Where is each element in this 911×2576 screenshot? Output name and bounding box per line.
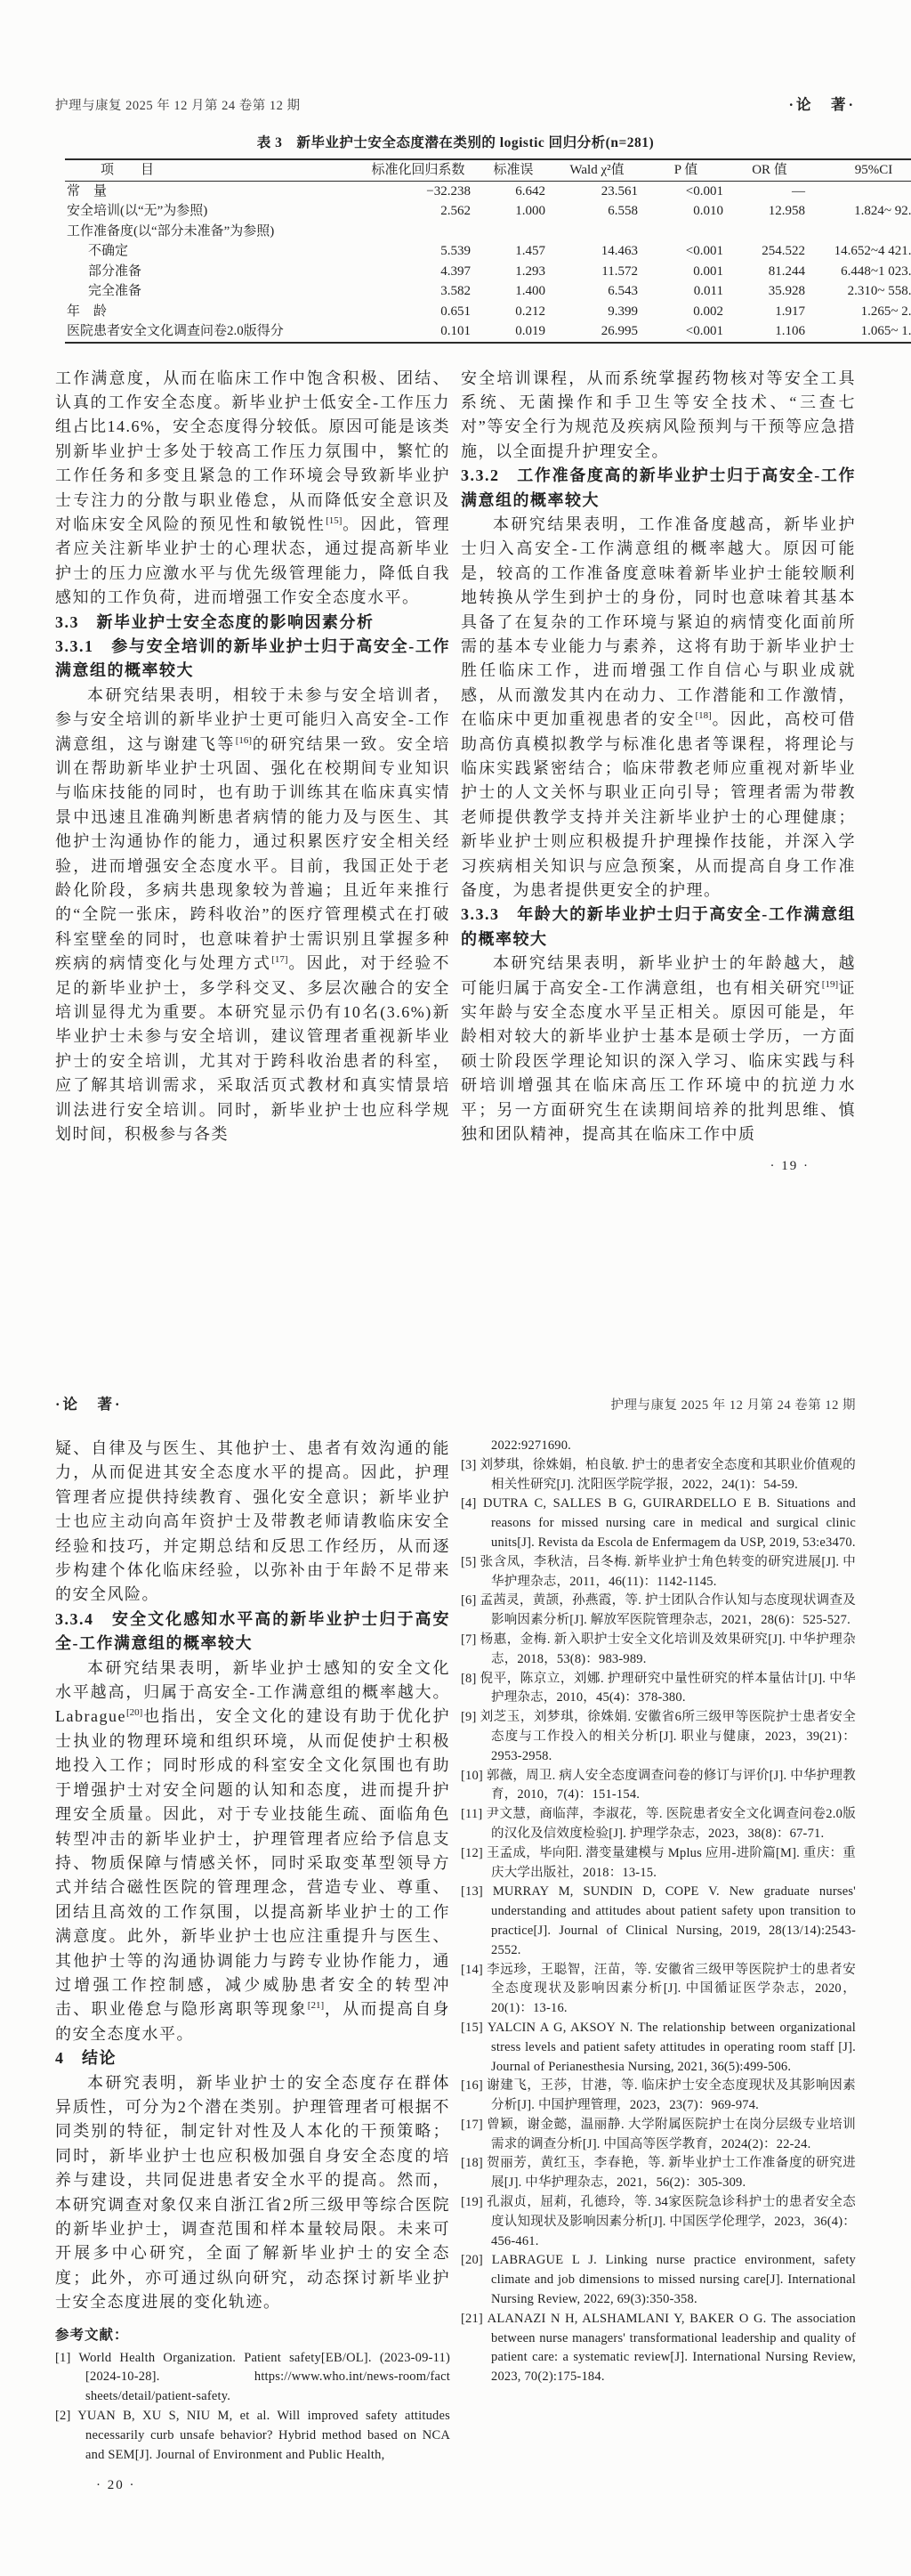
citation-marker: [21] <box>308 2000 324 2011</box>
table-cell: 81.244 <box>729 262 810 282</box>
table-col-header: 标准化回归系数 <box>360 159 476 181</box>
paragraph: 疑、自律及与医生、其他护士、患者有效沟通的能力，从而促进其安全态度水平的提高。因… <box>55 1437 450 1608</box>
table-cell: 0.010 <box>643 201 729 222</box>
table-cell: 254.522 <box>729 241 810 262</box>
table-cell: 35.928 <box>729 281 810 302</box>
table-row: 安全培训(以“无”为参照)2.5621.0006.5580.01012.9581… <box>65 201 911 222</box>
page-number: · 19 · <box>461 1154 856 1179</box>
references-heading: 参考文献： <box>55 2322 450 2349</box>
column-label: ·论 著· <box>788 93 856 114</box>
table-cell: 9.399 <box>551 302 643 322</box>
table-cell: 11.572 <box>551 262 643 282</box>
reference-item: [20] LABRAGUE L J. Linking nurse practic… <box>461 2251 856 2309</box>
table-cell: 12.958 <box>729 201 810 222</box>
table-cell: 23.561 <box>551 181 643 201</box>
paragraph: 安全培训课程，从而系统掌握药物核对等安全工具系统、无菌操作和手卫生等安全技术、“… <box>461 367 856 465</box>
table3-caption: 表 3 新毕业护士安全态度潜在类别的 logistic 回归分析(n=281) <box>55 132 856 151</box>
paragraph: 本研究结果表明，新毕业护士的年龄越大，越可能归属于高安全-工作满意组，也有相关研… <box>461 952 856 1146</box>
reference-item: [18] 贺丽芳，黄红玉，李春艳，等. 新毕业护士工作准备度的研究进展[J]. … <box>461 2154 856 2193</box>
table-cell <box>729 222 810 242</box>
table-cell: 1.000 <box>476 201 551 222</box>
table-row: 医院患者安全文化调查问卷2.0版得分0.1010.01926.995<0.001… <box>65 321 911 343</box>
reference-item: [19] 孔淑贞，屈莉，孔德玲，等. 34家医院急诊科护士的患者安全态度认知现状… <box>461 2193 856 2251</box>
reference-item: [15] YALCIN A G, AKSOY N. The relationsh… <box>461 2019 856 2077</box>
table-cell: −32.238 <box>360 181 476 201</box>
reference-item: [21] ALANAZI N H, ALSHAMLANI Y, BAKER O … <box>461 2310 856 2387</box>
table-cell: 6.543 <box>551 281 643 302</box>
journal-masthead: 护理与康复 2025 年 12 月第 24 卷第 12 期 <box>611 1395 857 1414</box>
row-label: 部分准备 <box>65 262 360 282</box>
table-cell: 0.212 <box>476 302 551 322</box>
citation-marker: [20] <box>126 1707 142 1718</box>
table-cell: 6.558 <box>551 201 643 222</box>
table-cell: <0.001 <box>643 241 729 262</box>
table-cell: 5.539 <box>360 241 476 262</box>
table-col-header: 95%CI <box>810 159 911 181</box>
reference-item: [5] 张含凤，李秋洁，吕冬梅. 新毕业护士角色转变的研究进展[J]. 中华护理… <box>461 1553 856 1592</box>
section-heading: 3.3.3 年龄大的新毕业护士归于高安全-工作满意组的概率较大 <box>461 903 856 952</box>
page1-right-column: 安全培训课程，从而系统掌握药物核对等安全工具系统、无菌操作和手卫生等安全技术、“… <box>461 367 856 1179</box>
table-row: 常 量−32.2386.64223.561<0.001—— <box>65 181 911 201</box>
reference-item: [1] World Health Organization. Patient s… <box>55 2349 450 2407</box>
reference-item: [17] 曾颖，谢金懿，温丽静. 大学附属医院护士在岗分层级专业培训需求的调查分… <box>461 2116 856 2155</box>
row-label: 工作准备度(以“部分未准备”为参照) <box>65 222 360 242</box>
citation-marker: [18] <box>696 710 712 721</box>
table-col-header: 标准误 <box>476 159 551 181</box>
row-label: 常 量 <box>65 181 360 201</box>
table-cell: 14.652~4 421.223 <box>810 241 911 262</box>
section-heading: 3.3.1 参与安全培训的新毕业护士归于高安全-工作满意组的概率较大 <box>55 635 450 684</box>
table-cell: 1.824~ 92.053 <box>810 201 911 222</box>
paragraph: 本研究结果表明，相较于未参与安全培训者，参与安全培训的新毕业护士更可能归入高安全… <box>55 684 450 1147</box>
reference-item: [9] 刘芝玉，刘梦琪，徐姝娟. 安徽省6所三级甲等医院护士患者安全态度与工作投… <box>461 1708 856 1766</box>
section-heading: 4 结论 <box>55 2046 450 2070</box>
table-row: 年 龄0.6510.2129.3990.0021.9171.265~ 2.905 <box>65 302 911 322</box>
section-heading: 3.3.2 工作准备度高的新毕业护士归于高安全-工作满意组的概率较大 <box>461 464 856 513</box>
table-cell: 0.011 <box>643 281 729 302</box>
table-cell <box>360 222 476 242</box>
paragraph: 本研究表明，新毕业护士的安全态度存在群体异质性，可分为2个潜在类别。护理管理者可… <box>55 2071 450 2315</box>
page2-body: 疑、自律及与医生、其他护士、患者有效沟通的能力，从而促进其安全态度水平的提高。因… <box>55 1437 856 2499</box>
table-row: 完全准备3.5821.4006.5430.01135.9282.310~ 558… <box>65 281 911 302</box>
reference-item: [6] 孟茜灵，黄颉，孙燕霞，等. 护士团队合作认知与态度现状调查及影响因素分析… <box>461 1592 856 1631</box>
table-col-header: Wald χ²值 <box>551 159 643 181</box>
paragraph: 本研究结果表明，工作准备度越高，新毕业护士归入高安全-工作满意组的概率越大。原因… <box>461 513 856 903</box>
column-label: ·论 著· <box>55 1392 123 1414</box>
table-cell: — <box>810 181 911 201</box>
table-cell: 6.448~1 023.586 <box>810 262 911 282</box>
reference-item: [11] 尹文慧，商临萍，李淑花，等. 医院患者安全文化调查问卷2.0版的汉化及… <box>461 1805 856 1844</box>
page1-header: 护理与康复 2025 年 12 月第 24 卷第 12 期 ·论 著· <box>55 0 856 114</box>
table-col-header: P 值 <box>643 159 729 181</box>
citation-marker: [17] <box>271 954 287 965</box>
table-cell: 14.463 <box>551 241 643 262</box>
row-label: 医院患者安全文化调查问卷2.0版得分 <box>65 321 360 343</box>
table-cell: 1.293 <box>476 262 551 282</box>
page-number: · 20 · <box>55 2474 450 2498</box>
table-cell: 0.101 <box>360 321 476 343</box>
table-cell: 1.065~ 1.149 <box>810 321 911 343</box>
reference-item: 2022:9271690. <box>461 1437 856 1456</box>
page2-right-column: 2022:9271690.[3] 刘梦琪，徐姝娟，柏良敏. 护士的患者安全态度和… <box>461 1437 856 2499</box>
table-cell: 3.582 <box>360 281 476 302</box>
table-cell: — <box>729 181 810 201</box>
table-cell <box>476 222 551 242</box>
page2-header: ·论 著· 护理与康复 2025 年 12 月第 24 卷第 12 期 <box>55 1300 856 1414</box>
reference-item: [12] 王孟成，毕向阳. 潜变量建模与 Mplus 应用-进阶篇[M]. 重庆… <box>461 1844 856 1883</box>
table-row: 部分准备4.3971.29311.5720.00181.2446.448~1 0… <box>65 262 911 282</box>
reference-item: [7] 杨惠，金梅. 新入职护士安全文化培训及效果研究[J]. 中华护理杂志，2… <box>461 1631 856 1670</box>
journal-masthead: 护理与康复 2025 年 12 月第 24 卷第 12 期 <box>55 95 301 114</box>
journal-page-19: 护理与康复 2025 年 12 月第 24 卷第 12 期 ·论 著· 表 3 … <box>0 0 911 1300</box>
table-row: 不确定5.5391.45714.463<0.001254.52214.652~4… <box>65 241 911 262</box>
table-cell: 4.397 <box>360 262 476 282</box>
reference-item: [10] 郭薇，周卫. 病人安全态度调查问卷的修订与评价[J]. 中华护理教育，… <box>461 1767 856 1806</box>
row-label: 年 龄 <box>65 302 360 322</box>
table-cell: 26.995 <box>551 321 643 343</box>
paragraph: 本研究结果表明，新毕业护士感知的安全文化水平越高，归属于高安全-工作满意组的概率… <box>55 1657 450 2047</box>
reference-item: [8] 倪平，陈京立，刘娜. 护理研究中量性研究的样本量估计[J]. 中华护理杂… <box>461 1670 856 1709</box>
table-cell <box>810 222 911 242</box>
page1-left-column: 工作满意度，从而在临床工作中饱含积极、团结、认真的工作安全态度。新毕业护士低安全… <box>55 367 450 1179</box>
table-cell: 0.002 <box>643 302 729 322</box>
table3: 项 目标准化回归系数标准误Wald χ²值P 值OR 值95%CI 常 量−32… <box>65 158 911 344</box>
table-cell: 0.019 <box>476 321 551 343</box>
table-col-header: 项 目 <box>65 159 360 181</box>
reference-item: [16] 谢建飞，王莎，甘港，等. 临床护士安全态度现状及其影响因素分析[J].… <box>461 2077 856 2116</box>
table-cell: 1.400 <box>476 281 551 302</box>
row-label: 不确定 <box>65 241 360 262</box>
page2-left-column: 疑、自律及与医生、其他护士、患者有效沟通的能力，从而促进其安全态度水平的提高。因… <box>55 1437 450 2499</box>
table-cell: 1.265~ 2.905 <box>810 302 911 322</box>
table-col-header: OR 值 <box>729 159 810 181</box>
table-row: 工作准备度(以“部分未准备”为参照) <box>65 222 911 242</box>
section-heading: 3.3.4 安全文化感知水平高的新毕业护士归于高安全-工作满意组的概率较大 <box>55 1608 450 1657</box>
table-cell: 0.651 <box>360 302 476 322</box>
table-cell <box>643 222 729 242</box>
page1-body: 工作满意度，从而在临床工作中饱含积极、团结、认真的工作安全态度。新毕业护士低安全… <box>55 367 856 1179</box>
row-label: 安全培训(以“无”为参照) <box>65 201 360 222</box>
table-cell: 2.562 <box>360 201 476 222</box>
table-body: 常 量−32.2386.64223.561<0.001——安全培训(以“无”为参… <box>65 181 911 343</box>
row-label: 完全准备 <box>65 281 360 302</box>
citation-marker: [16] <box>236 735 252 746</box>
reference-item: [13] MURRAY M, SUNDIN D, COPE V. New gra… <box>461 1883 856 1960</box>
table-cell: <0.001 <box>643 181 729 201</box>
reference-item: [14] 李远珍，王聪智，汪苗，等. 安徽省三级甲等医院护士的患者安全态度现状及… <box>461 1961 856 2019</box>
table-cell: 1.917 <box>729 302 810 322</box>
reference-item: [3] 刘梦琪，徐姝娟，柏良敏. 护士的患者安全态度和其职业价值观的相关性研究[… <box>461 1456 856 1495</box>
citation-marker: [15] <box>326 515 342 526</box>
reference-item: [4] DUTRA C, SALLES B G, GUIRARDELLO E B… <box>461 1495 856 1552</box>
table-cell: 1.457 <box>476 241 551 262</box>
section-heading: 3.3 新毕业护士安全态度的影响因素分析 <box>55 611 450 635</box>
table-cell: 2.310~ 558.794 <box>810 281 911 302</box>
table-cell: <0.001 <box>643 321 729 343</box>
table-header-row: 项 目标准化回归系数标准误Wald χ²值P 值OR 值95%CI <box>65 159 911 181</box>
table-cell: 6.642 <box>476 181 551 201</box>
table-cell: 1.106 <box>729 321 810 343</box>
citation-marker: [19] <box>822 979 838 990</box>
table-cell: 0.001 <box>643 262 729 282</box>
paragraph: 工作满意度，从而在临床工作中饱含积极、团结、认真的工作安全态度。新毕业护士低安全… <box>55 367 450 611</box>
table-cell <box>551 222 643 242</box>
journal-page-20: ·论 著· 护理与康复 2025 年 12 月第 24 卷第 12 期 疑、自律… <box>0 1300 911 2576</box>
reference-item: [2] YUAN B, XU S, NIU M, et al. Will imp… <box>55 2407 450 2465</box>
